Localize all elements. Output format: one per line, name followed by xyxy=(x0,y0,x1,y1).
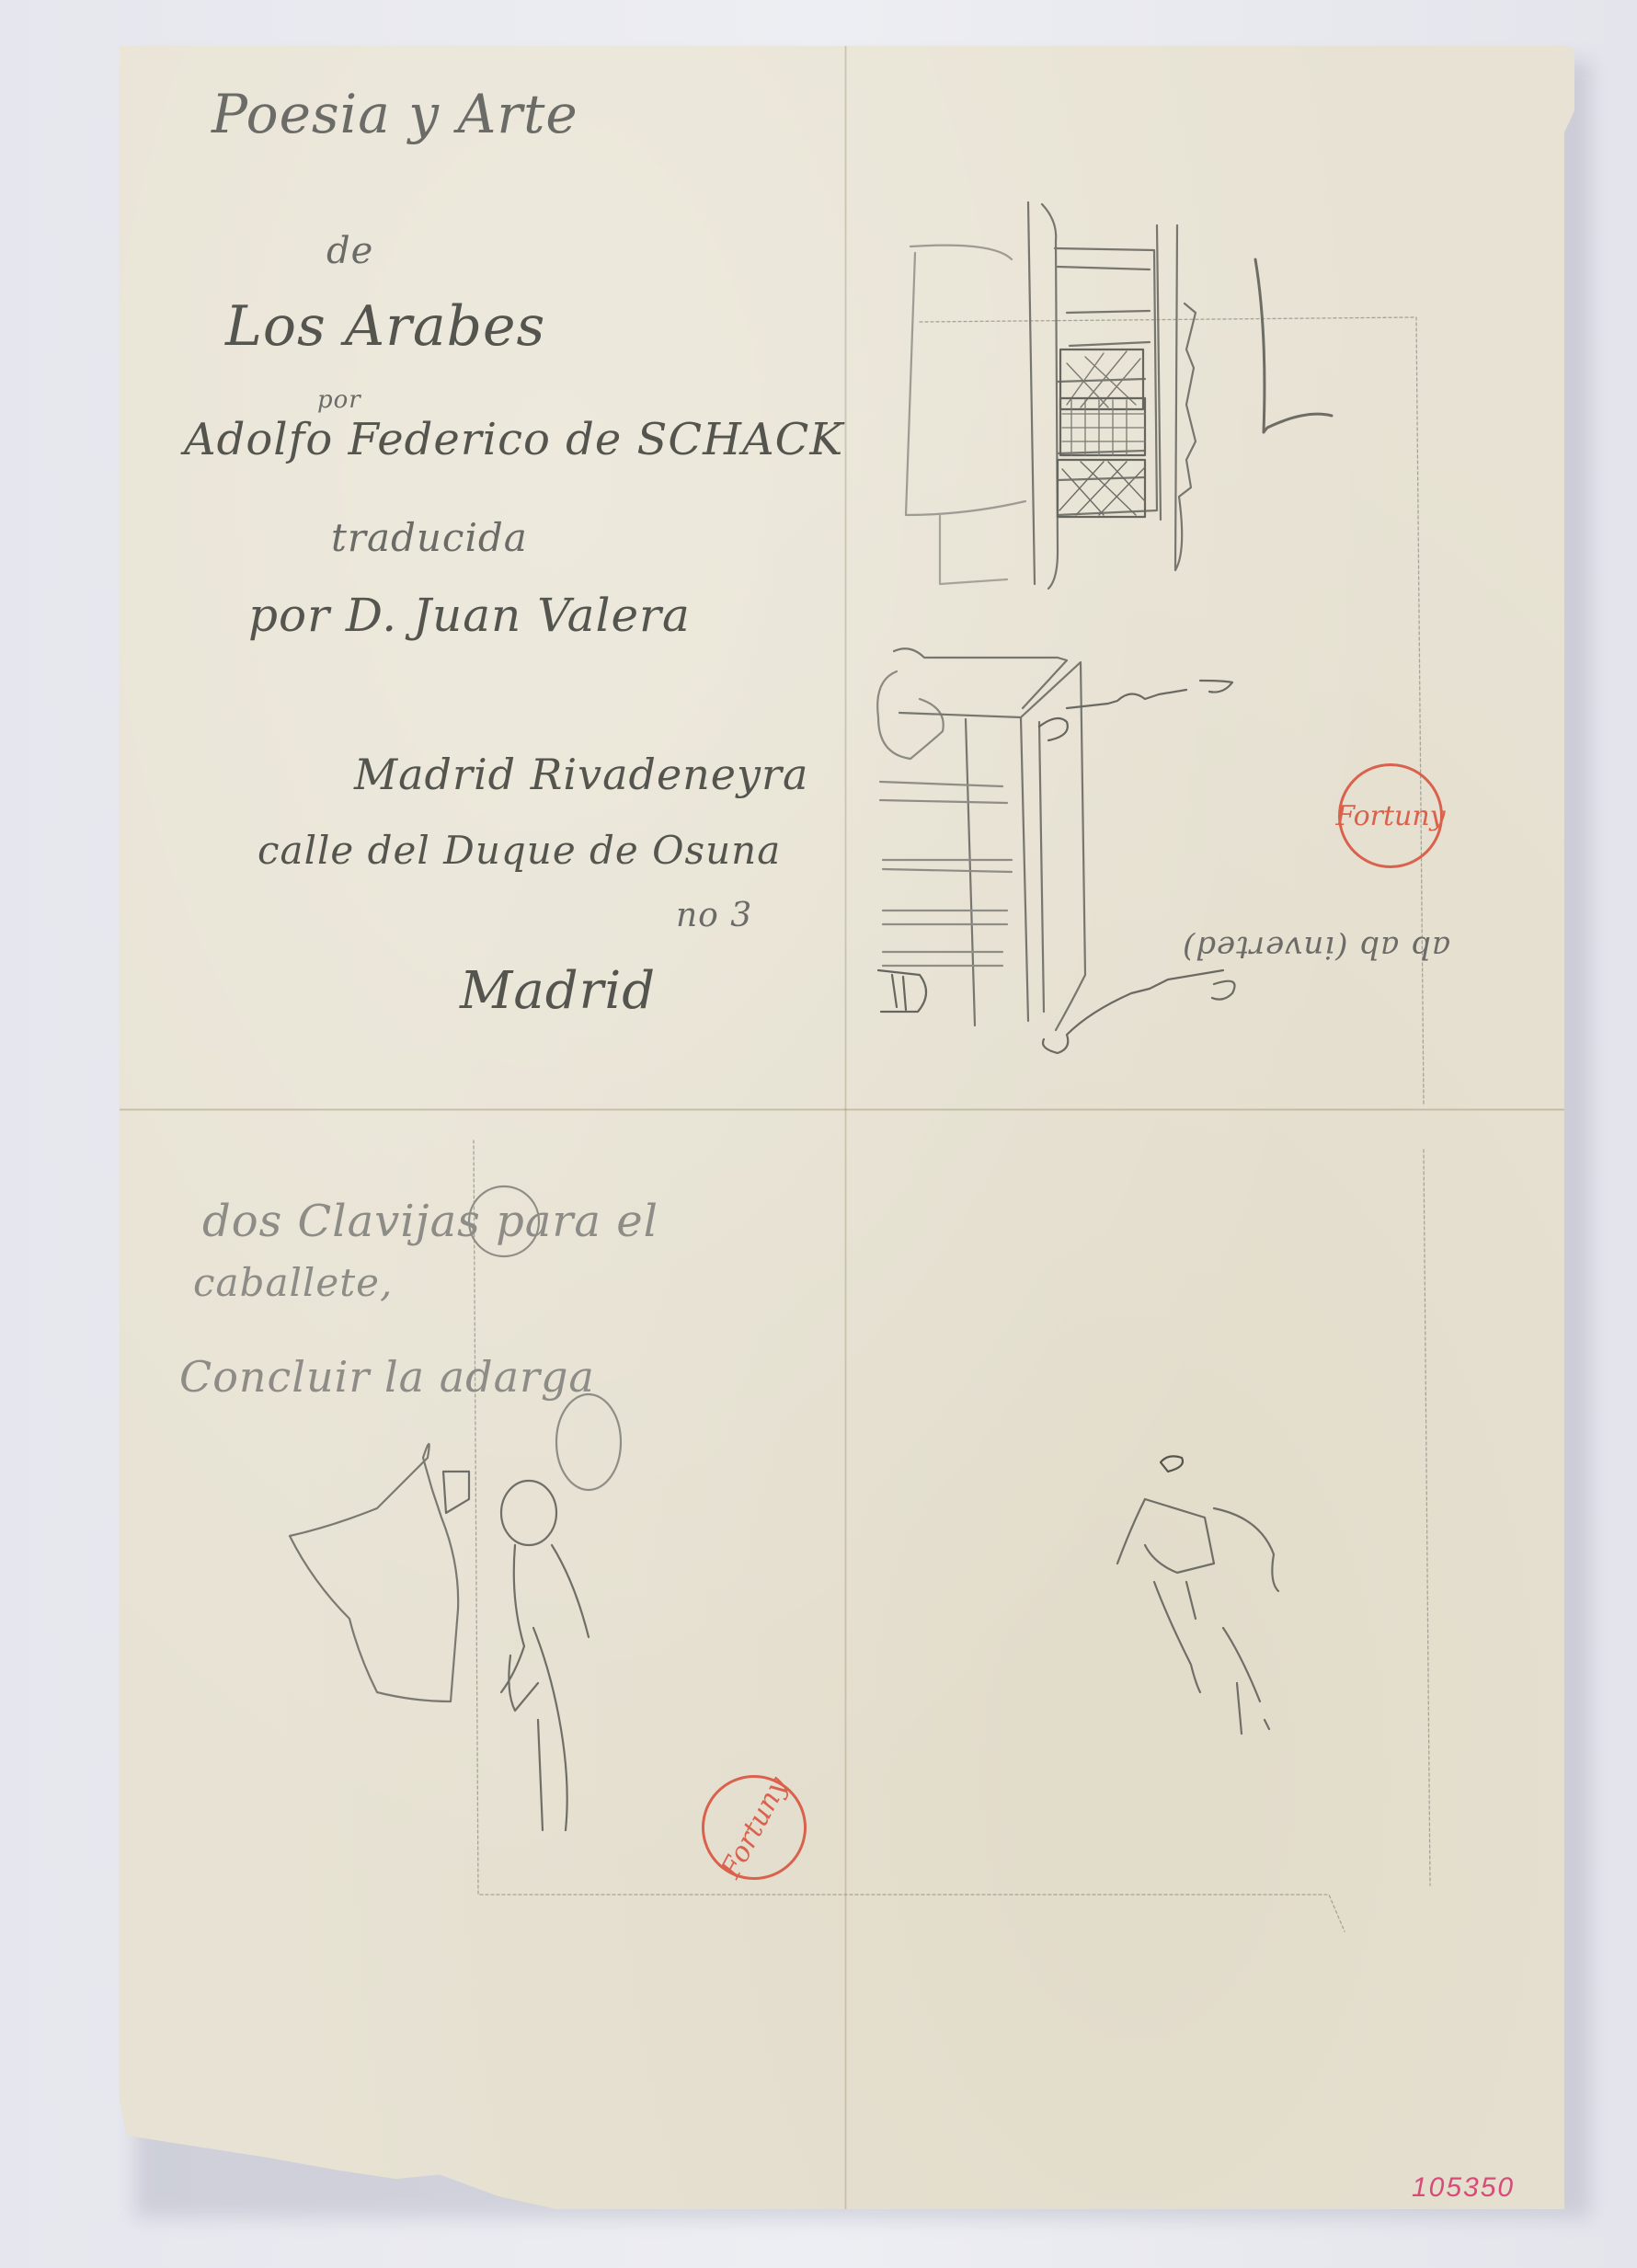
stamp-text: Fortuny xyxy=(715,1771,795,1884)
note-title-poesia: Poesia y Arte xyxy=(212,83,578,145)
note-translator: por D. Juan Valera xyxy=(248,589,691,642)
note-adarga: Concluir la adarga xyxy=(179,1352,595,1402)
inventory-number: 105350 xyxy=(1412,2172,1515,2204)
note-number: no 3 xyxy=(676,897,752,934)
fortuny-stamp-right: Fortuny xyxy=(1338,763,1443,868)
note-city: Madrid xyxy=(460,961,656,1021)
note-de: de xyxy=(326,230,373,272)
window-sketch xyxy=(906,202,1332,589)
cabinet-sketch xyxy=(877,648,1234,1053)
inverted-note: ab ab (inverted) xyxy=(1182,929,1450,966)
note-caballete: caballete, xyxy=(193,1260,393,1305)
figure-with-shield-sketch xyxy=(290,1444,589,1830)
note-por: por xyxy=(317,386,361,414)
walking-figure-sketch xyxy=(1117,1456,1278,1734)
note-traducida: traducida xyxy=(331,515,528,560)
note-publisher: Madrid Rivadeneyra xyxy=(354,750,808,799)
note-los-arabes: Los Arabes xyxy=(225,294,545,359)
stamp-text: Fortuny xyxy=(1335,800,1445,832)
note-street: calle del Duque de Osuna xyxy=(258,828,781,873)
note-clavijas: dos Clavijas para el xyxy=(202,1196,658,1247)
note-author: Adolfo Federico de SCHACK xyxy=(184,414,843,465)
